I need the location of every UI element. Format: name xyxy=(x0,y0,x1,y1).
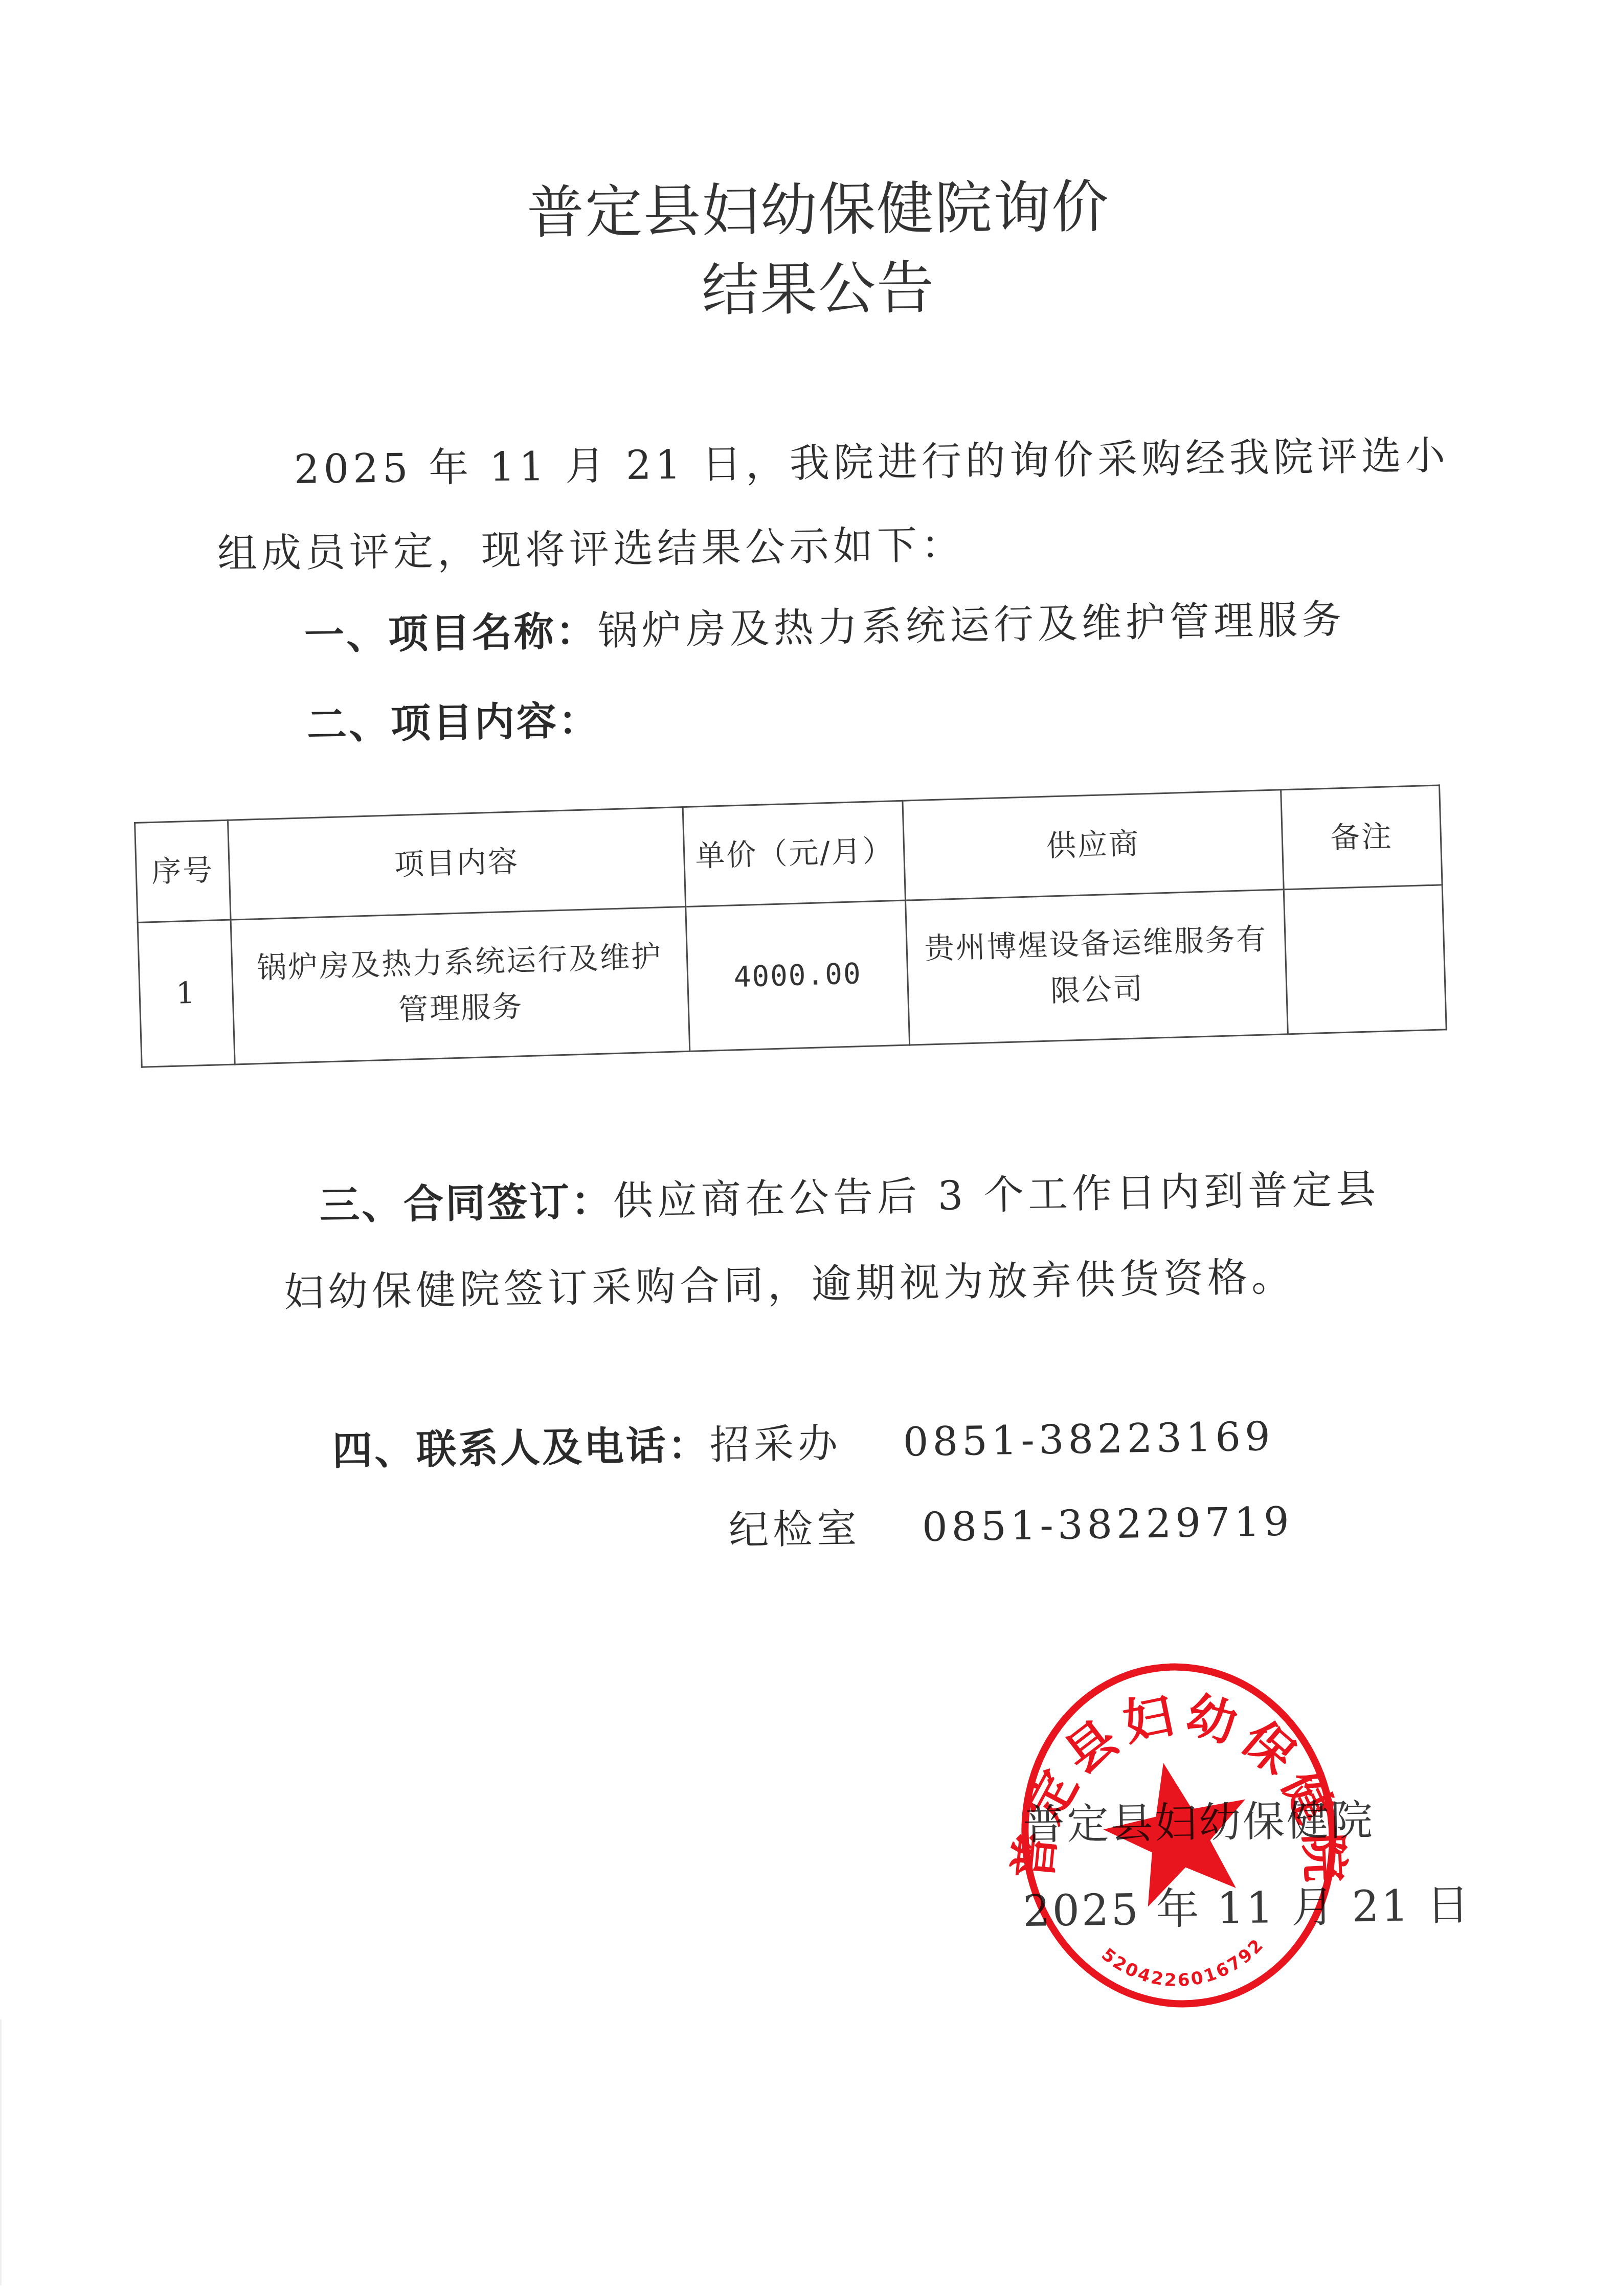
section1-project-name: 一、项目名称：锅炉房及热力系统运行及维护管理服务 xyxy=(304,600,1345,656)
section3-label: 三、合同签订： xyxy=(319,1178,613,1229)
section4-contact-2: 纪检室0851-38229719 xyxy=(728,1502,1293,1551)
header-supplier: 供应商 xyxy=(903,790,1284,900)
document-title-line2: 结果公告 xyxy=(10,252,1616,326)
section2-label: 二、项目内容： xyxy=(306,698,600,748)
official-seal: 普定县妇幼保健院 5204226016792 xyxy=(1005,1651,1353,2019)
section3-text-line2: 妇幼保健院签订采购合同，逾期视为放弃供货资格。 xyxy=(283,1257,1295,1313)
result-table: 序号 项目内容 单价（元/月） 供应商 备注 1 锅炉房及热力系统运行及维护管理… xyxy=(134,784,1447,1067)
intro-line2: 组成员评定，现将评选结果公示如下： xyxy=(217,525,966,574)
document-page: 普定县妇幼保健院询价 结果公告 2025 年 11 月 21 日，我院进行的询价… xyxy=(0,0,1616,2296)
section2-project-content: 二、项目内容： xyxy=(306,701,600,745)
contact-phone-1: 0851-38223169 xyxy=(903,1414,1274,1465)
cell-remark xyxy=(1284,885,1446,1034)
section3-text-line1: 供应商在公告后 3 个工作日内到普定县 xyxy=(613,1166,1380,1224)
header-remark: 备注 xyxy=(1281,785,1442,890)
section1-label: 一、项目名称： xyxy=(304,608,598,659)
contact-dept-2: 纪检室 xyxy=(728,1506,861,1554)
header-unit-price: 单价（元/月） xyxy=(683,801,905,906)
page-edge-shadow xyxy=(0,2019,2,2285)
document-title-line1: 普定县妇幼保健院询价 xyxy=(10,173,1616,247)
contact-dept-1: 招采办 xyxy=(709,1420,842,1468)
star-icon xyxy=(1092,1748,1263,1913)
cell-content: 锅炉房及热力系统运行及维护管理服务 xyxy=(231,907,690,1065)
cell-supplier: 贵州博煋设备运维服务有限公司 xyxy=(906,890,1288,1045)
section4-label: 四、联系人及电话： xyxy=(332,1422,710,1474)
section1-value: 锅炉房及热力系统运行及维护管理服务 xyxy=(597,597,1345,654)
result-table-container: 序号 项目内容 单价（元/月） 供应商 备注 1 锅炉房及热力系统运行及维护管理… xyxy=(134,785,1446,1066)
cell-index: 1 xyxy=(138,920,235,1067)
cell-unit-price: 4000.00 xyxy=(686,900,910,1051)
intro-line1: 2025 年 11 月 21 日，我院进行的询价采购经我院评选小 xyxy=(294,436,1450,490)
svg-text:5204226016792: 5204226016792 xyxy=(1097,1934,1268,1991)
section4-contacts: 四、联系人及电话：招采办0851-38223169 xyxy=(332,1417,1274,1471)
contact-phone-2: 0851-38229719 xyxy=(922,1499,1293,1551)
header-index: 序号 xyxy=(135,820,231,922)
header-content: 项目内容 xyxy=(228,807,685,920)
section3-contract: 三、合同签订：供应商在公告后 3 个工作日内到普定县 xyxy=(319,1169,1380,1226)
